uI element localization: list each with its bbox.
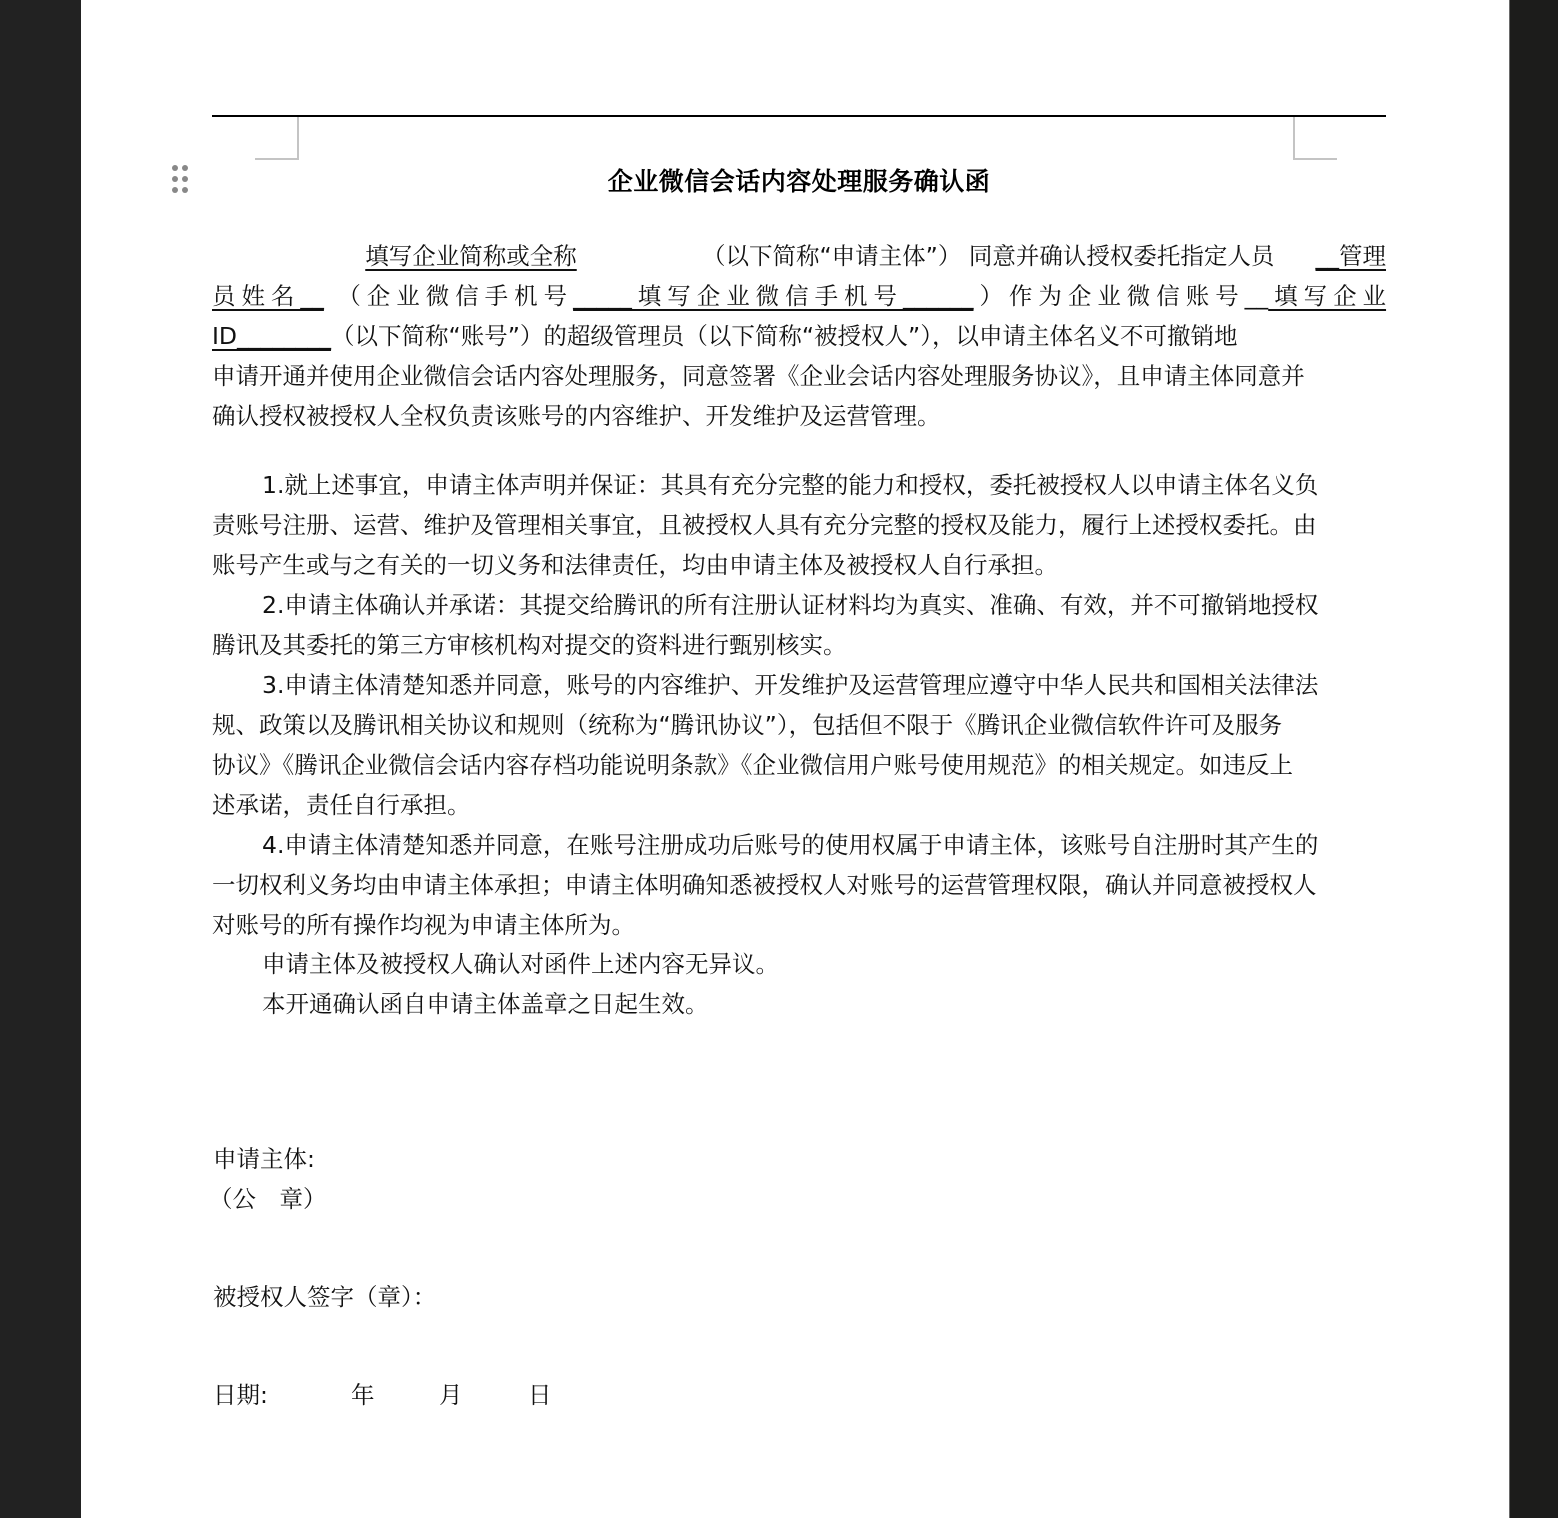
date-day: 日 — [528, 1375, 552, 1415]
drag-dot — [182, 165, 188, 171]
intro-line-4: 申请开通并使用企业微信会话内容处理服务，同意签署《企业会话内容处理服务协议》，且… — [212, 356, 1386, 396]
intro-line-2: 员姓名__ （企业微信手机号_____填写企业微信手机号______）作为企业微… — [212, 276, 1386, 316]
drag-dot — [172, 176, 178, 182]
admin-name-field-a[interactable]: __管理 — [1316, 236, 1387, 276]
clause-2: 2.申请主体确认并承诺：其提交给腾讯的所有注册认证材料均为真实、准确、有效，并不… — [212, 585, 1386, 665]
phone-field[interactable]: _____填写企业微信手机号______ — [573, 282, 973, 310]
clause-4: 4.申请主体清楚知悉并同意，在账号注册成功后账号的使用权属于申请主体，该账号自注… — [212, 825, 1386, 945]
clauses-section: 1.就上述事宜，申请主体声明并保证：其具有充分完整的能力和授权，委托被授权人以申… — [212, 465, 1386, 945]
drag-dot — [172, 187, 178, 193]
header-rule — [212, 115, 1386, 117]
clause-1: 1.就上述事宜，申请主体声明并保证：其具有充分完整的能力和授权，委托被授权人以申… — [212, 465, 1386, 585]
corp-id-field-a[interactable]: 填写企业 — [1268, 282, 1386, 310]
seal-label: （公 章） — [209, 1179, 327, 1219]
intro-line-1: 填写企业简称或全称（以下简称“申请主体”） 同意并确认授权委托指定人员__管理 — [212, 236, 1386, 276]
admin-name-field-b[interactable]: 员姓名__ — [212, 282, 324, 310]
viewer-background-right — [1509, 0, 1558, 1518]
date-month: 月 — [439, 1375, 463, 1415]
date-label: 日期: — [213, 1375, 268, 1415]
drag-dot — [182, 187, 188, 193]
date-year: 年 — [351, 1375, 375, 1415]
clause-3: 3.申请主体清楚知悉并同意，账号的内容维护、开发维护及运营管理应遵守中华人民共和… — [212, 665, 1386, 825]
drag-dot — [172, 165, 178, 171]
drag-dot — [182, 176, 188, 182]
intro-line-5: 确认授权被授权人全权负责该账号的内容维护、开发维护及运营管理。 — [212, 396, 1386, 436]
margin-corner-mark-left — [255, 117, 299, 160]
corp-id-field-b[interactable]: ID________ — [212, 322, 331, 350]
intro-line-3: ID________（以下简称“账号”）的超级管理员（以下简称“被授权人”），以… — [212, 316, 1386, 356]
document-page: 企业微信会话内容处理服务确认函 填写企业简称或全称（以下简称“申请主体”） 同意… — [81, 0, 1509, 1518]
closing-section: 申请主体及被授权人确认对函件上述内容无异议。 本开通确认函自申请主体盖章之日起生… — [212, 944, 1386, 1024]
closing-line-1: 申请主体及被授权人确认对函件上述内容无异议。 — [212, 944, 1386, 984]
applicant-label: 申请主体: — [213, 1139, 315, 1179]
margin-corner-mark-right — [1293, 117, 1337, 160]
authorized-signature-label: 被授权人签字（章）： — [213, 1277, 436, 1317]
document-title: 企业微信会话内容处理服务确认函 — [212, 162, 1386, 202]
company-name-field[interactable]: 填写企业简称或全称 — [262, 236, 680, 276]
intro-paragraph: 填写企业简称或全称（以下简称“申请主体”） 同意并确认授权委托指定人员__管理 … — [212, 236, 1386, 436]
drag-handle-icon[interactable] — [171, 164, 191, 196]
closing-line-2: 本开通确认函自申请主体盖章之日起生效。 — [212, 984, 1386, 1024]
